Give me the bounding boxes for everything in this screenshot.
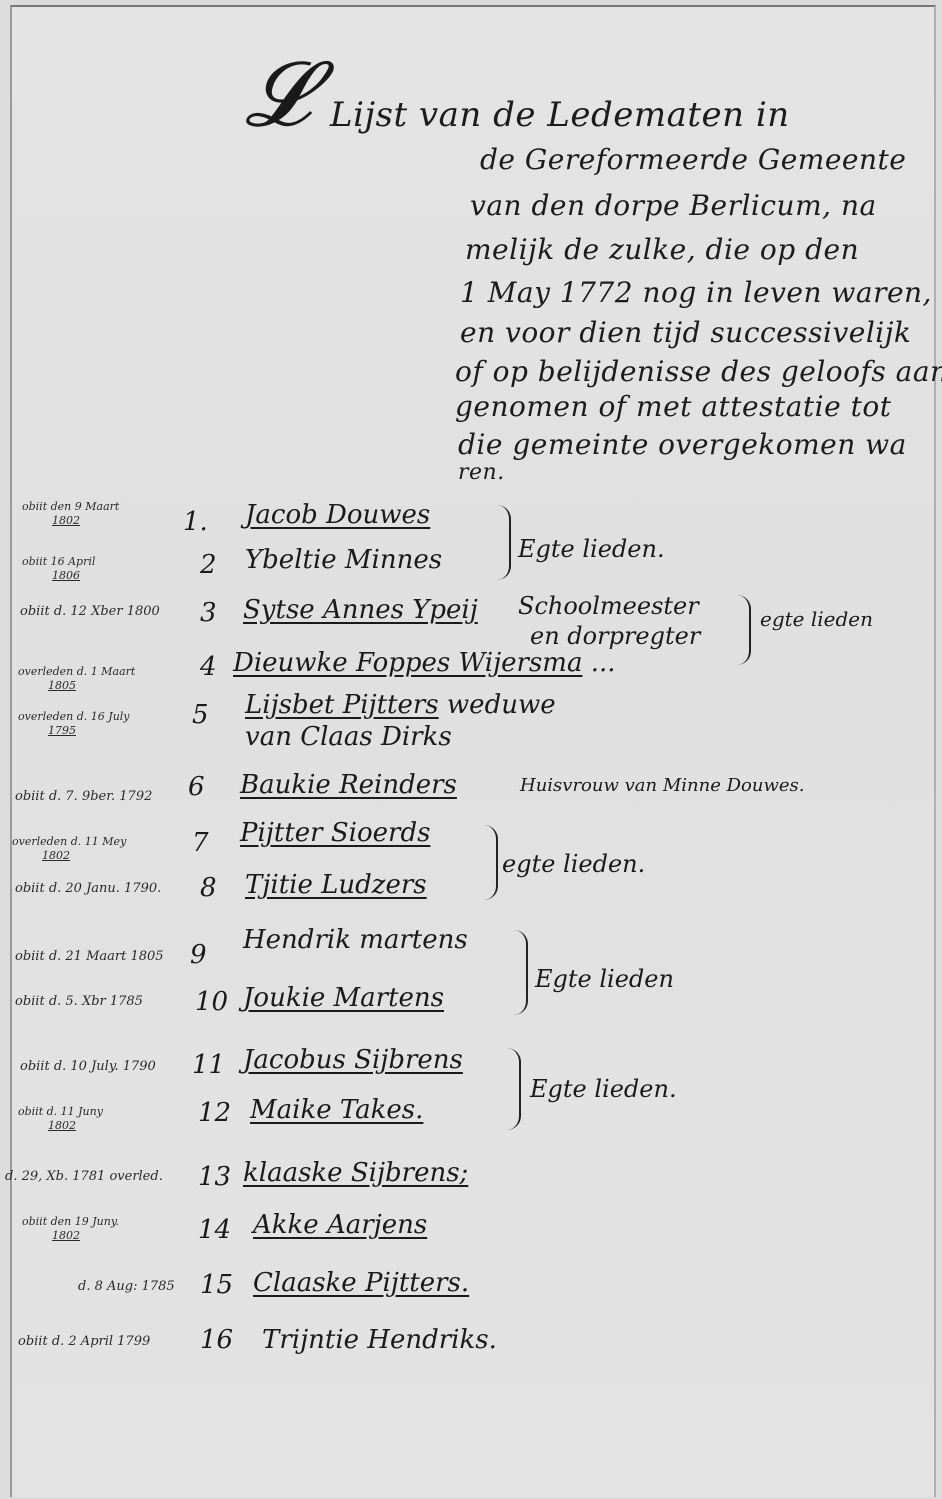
title-line-10: ren. [458, 460, 505, 485]
death-date: d. 29, Xb. 1781 overled. [5, 1169, 163, 1184]
death-date: obiit d. 11 Juny [18, 1105, 103, 1118]
death-year: 1802 [22, 1229, 119, 1243]
name-text: Jacobus Sijbrens [243, 1045, 463, 1075]
group-label: Egte lieden. [530, 1075, 677, 1103]
member-name: Hendrik martens [243, 925, 468, 955]
member-name: Sytse Annes Ypeij [243, 595, 478, 625]
entry-number: 13 [198, 1162, 231, 1192]
death-date: obiit 16 April [22, 555, 95, 568]
member-name: Maike Takes. [250, 1095, 423, 1125]
margin-note: d. 8 Aug: 1785 [78, 1280, 175, 1294]
member-name: Claaske Pijtters. [253, 1268, 469, 1298]
member-name: Tjitie Ludzers [245, 870, 427, 900]
member-name: Jacobus Sijbrens [243, 1045, 463, 1075]
name-text: Sytse Annes Ypeij [243, 595, 478, 625]
entry-number: 4 [200, 652, 217, 682]
member-name: Pijtter Sioerds [240, 818, 430, 848]
member-name: Akke Aarjens [253, 1210, 427, 1240]
margin-note: d. 29, Xb. 1781 overled. [5, 1170, 163, 1184]
brace [482, 825, 498, 900]
name-text: Trijntie Hendriks. [262, 1325, 497, 1355]
title-line-2: de Gereformeerde Gemeente [480, 143, 906, 176]
margin-note: obiit d. 21 Maart 1805 [15, 950, 164, 964]
title-line-7: of op belijdenisse des geloofs aan [455, 355, 942, 388]
margin-note: obiit d. 11 Juny 1802 [18, 1105, 103, 1133]
death-date: overleden d. 11 Mey [12, 835, 126, 848]
death-date: obiit d. 2 April 1799 [18, 1334, 150, 1349]
title-line-5: 1 May 1772 nog in leven waren, [460, 276, 932, 309]
margin-note: obiit den 19 Juny. 1802 [22, 1215, 119, 1243]
name-text: klaaske Sijbrens; [243, 1158, 468, 1188]
margin-note: obiit d. 12 Xber 1800 [20, 605, 160, 619]
name-text: Joukie Martens [243, 983, 444, 1013]
name-text: Ybeltie Minnes [245, 545, 442, 575]
member-name: Jacob Douwes [245, 500, 430, 530]
entry-number: 16 [200, 1325, 233, 1355]
entry-number: 10 [195, 987, 228, 1017]
occupation-cont: en dorpregter [530, 622, 700, 650]
name-text: Dieuwke Foppes Wijersma [233, 648, 582, 678]
death-date: obiit d. 12 Xber 1800 [20, 604, 160, 619]
entry-number: 9 [190, 940, 207, 970]
entry-number: 14 [198, 1215, 231, 1245]
death-date: obiit d. 10 July. 1790 [20, 1059, 156, 1074]
title-line-8: genomen of met attestatie tot [455, 390, 891, 423]
name-text: Baukie Reinders [240, 770, 457, 800]
death-year: 1805 [18, 679, 135, 693]
entry-number: 11 [192, 1050, 225, 1080]
margin-note: obiit den 9 Maart 1802 [22, 500, 119, 528]
margin-note: obiit d. 5. Xbr 1785 [15, 995, 143, 1009]
occupation: Schoolmeester [518, 592, 699, 620]
name-text: Pijtter Sioerds [240, 818, 430, 848]
name-text: Tjitie Ludzers [245, 870, 427, 900]
death-date: obiit d. 5. Xbr 1785 [15, 994, 143, 1009]
member-name: klaaske Sijbrens; [243, 1158, 468, 1188]
margin-note: overleden d. 16 July 1795 [18, 710, 130, 738]
title-line-3: van den dorpe Berlicum, na [470, 189, 877, 222]
death-year: 1795 [18, 724, 130, 738]
death-year: 1802 [18, 1119, 103, 1133]
death-date: obiit d. 21 Maart 1805 [15, 949, 164, 964]
member-name: Dieuwke Foppes Wijersma ... [233, 648, 616, 678]
member-name: Joukie Martens [243, 983, 444, 1013]
entry-number: 15 [200, 1270, 233, 1300]
entry-number: 12 [198, 1098, 231, 1128]
brace [495, 505, 511, 580]
member-name: Baukie Reinders [240, 770, 457, 800]
entry-number: 8 [200, 873, 217, 903]
name-text: Akke Aarjens [253, 1210, 427, 1240]
manuscript-page [10, 5, 936, 1497]
death-date: overleden d. 1 Maart [18, 665, 135, 678]
death-date: overleden d. 16 July [18, 710, 130, 723]
ellipsis: ... [591, 648, 616, 678]
group-label: Egte lieden. [518, 535, 665, 563]
margin-note: obiit d. 20 Janu. 1790. [15, 882, 161, 896]
death-date: obiit den 9 Maart [22, 500, 119, 513]
group-label: egte lieden. [502, 850, 645, 878]
death-year: 1802 [22, 514, 119, 528]
name-text: Maike Takes. [250, 1095, 423, 1125]
group-label: Egte lieden [535, 965, 674, 993]
title-line-9: die gemeinte overgekomen wa [458, 428, 907, 461]
name-text: Claaske Pijtters. [253, 1268, 469, 1298]
status-text: weduwe [447, 690, 556, 720]
margin-note: obiit d. 10 July. 1790 [20, 1060, 156, 1074]
margin-note: overleden d. 11 Mey 1802 [12, 835, 126, 863]
name-text: Jacob Douwes [245, 500, 430, 530]
member-name: Ybeltie Minnes [245, 545, 442, 575]
title-line-6: en voor dien tijd successivelijk [460, 316, 911, 349]
brace [512, 930, 528, 1015]
entry-number: 2 [200, 550, 217, 580]
brace [735, 595, 751, 665]
title-line-1: Lijst van de Ledematen in [330, 95, 790, 135]
margin-note: obiit 16 April 1806 [22, 555, 95, 583]
death-date: obiit d. 7. 9ber. 1792 [15, 789, 152, 804]
group-label: egte lieden [760, 607, 873, 631]
entry-number: 1. [183, 507, 208, 537]
title-line-4: melijk de zulke, die op den [465, 233, 859, 266]
entry-number: 5 [192, 700, 209, 730]
margin-note: obiit d. 7. 9ber. 1792 [15, 790, 152, 804]
entry-number: 7 [192, 828, 209, 858]
margin-note: overleden d. 1 Maart 1805 [18, 665, 135, 693]
spouse-note: Huisvrouw van Minne Douwes. [520, 775, 804, 796]
member-name-cont: van Claas Dirks [245, 722, 452, 752]
entry-number: 6 [188, 772, 205, 802]
death-date: obiit den 19 Juny. [22, 1215, 119, 1228]
margin-note: obiit d. 2 April 1799 [18, 1335, 150, 1349]
death-date: obiit d. 20 Janu. 1790. [15, 881, 161, 896]
death-year: 1802 [12, 849, 126, 863]
title-initial-flourish: 𝓛 [245, 50, 310, 140]
death-year: 1806 [22, 569, 95, 583]
member-name: Lijsbet Pijtters weduwe [245, 690, 556, 720]
death-date: d. 8 Aug: 1785 [78, 1279, 175, 1294]
name-text: Lijsbet Pijtters [245, 690, 439, 720]
name-text: Hendrik martens [243, 925, 468, 955]
brace [505, 1048, 521, 1130]
member-name: Trijntie Hendriks. [262, 1325, 497, 1355]
entry-number: 3 [200, 598, 217, 628]
